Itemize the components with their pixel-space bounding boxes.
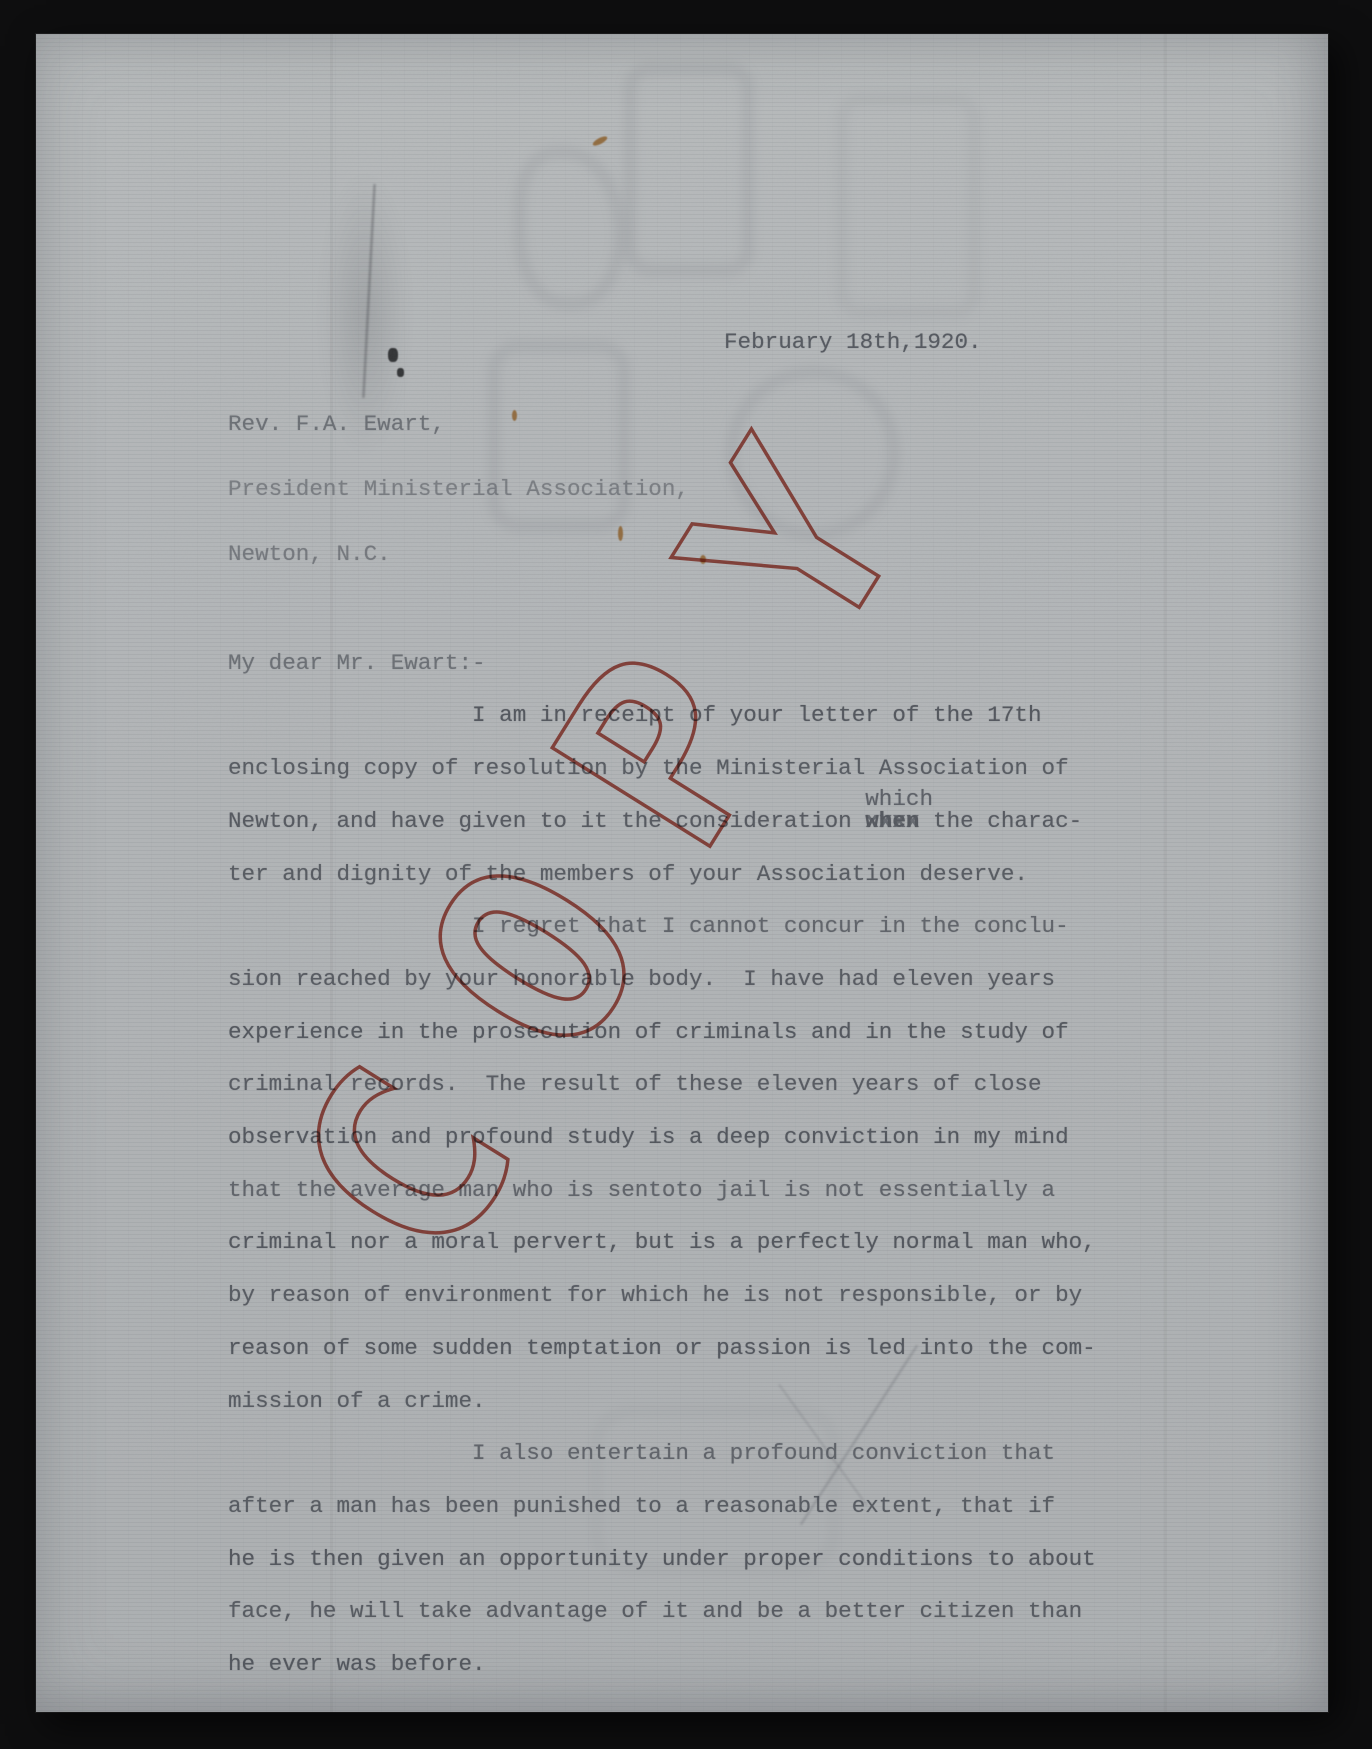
letter-content: February 18th,1920. Rev. F.A. Ewart, Pre… [228,316,1314,1691]
inserted-correction: which [865,773,933,826]
letter-body: I am in receipt of your letter of the 17… [228,689,1314,1690]
letter-date: February 18th,1920. [228,316,1314,369]
letter-line: ter and dignity of the members of your A… [228,848,1314,901]
rust-speck [592,135,609,148]
letter-line: I am in receipt of your letter of the 17… [228,689,1314,742]
letter-line: sion reached by your honorable body. I h… [228,953,1314,1006]
letter-line: after a man has been punished to a reaso… [228,1480,1314,1533]
letter-line: Newton, and have given to it the conside… [228,795,1314,848]
letter-line: that the average man who is sentoto jail… [228,1164,1314,1217]
recipient-address: Rev. F.A. Ewart, President Ministerial A… [228,392,1314,587]
letter-line: reason of some sudden temptation or pass… [228,1322,1314,1375]
letter-line: criminal records. The result of these el… [228,1058,1314,1111]
letterhead-bleedthrough [514,146,626,310]
recipient-title: President Ministerial Association, [228,457,1314,522]
letter-line: he ever was before. [228,1638,1314,1691]
recipient-name: Rev. F.A. Ewart, [228,392,1314,457]
letterhead-bleedthrough [836,94,980,318]
letter-line: experience in the prosecution of crimina… [228,1006,1314,1059]
salutation: My dear Mr. Ewart:- [228,637,1314,690]
letter-line: criminal nor a moral pervert, but is a p… [228,1216,1314,1269]
line-text: the charac- [919,808,1082,834]
scan-background: { "watermark": { "text": "COPY", "color"… [0,0,1372,1749]
letter-line: by reason of environment for which he is… [228,1269,1314,1322]
letter-page: February 18th,1920. Rev. F.A. Ewart, Pre… [36,34,1328,1712]
letter-line: observation and profound study is a deep… [228,1111,1314,1164]
letter-line: enclosing copy of resolution by the Mini… [228,742,1314,795]
letterhead-bleedthrough [624,62,754,276]
letter-line: face, he will take advantage of it and b… [228,1585,1314,1638]
letter-line: mission of a crime. [228,1375,1314,1428]
line-text: Newton, and have given to it the conside… [228,808,865,834]
recipient-city: Newton, N.C. [228,522,1314,587]
letter-line: I also entertain a profound conviction t… [228,1427,1314,1480]
letter-line: I regret that I cannot concur in the con… [228,900,1314,953]
letter-line: he is then given an opportunity under pr… [228,1533,1314,1586]
